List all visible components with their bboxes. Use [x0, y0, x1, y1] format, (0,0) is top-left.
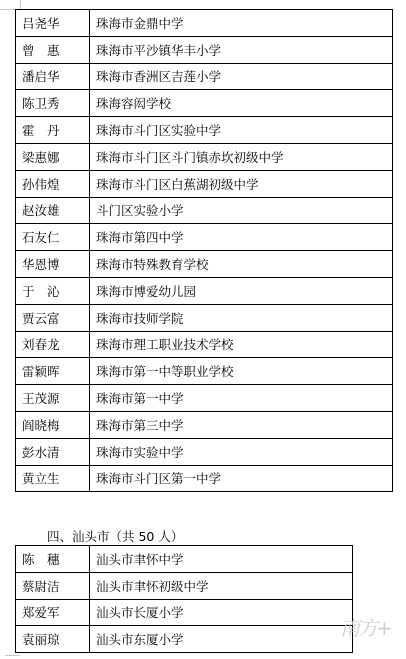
- school-name: 珠海市理工职业技术学校: [90, 331, 393, 358]
- teacher-name: 潘启华: [16, 63, 90, 90]
- school-name: 珠海市金鼎中学: [90, 10, 393, 37]
- table-row: 梁惠娜珠海市斗门区斗门镇赤坎初级中学: [16, 143, 393, 170]
- table-row: 赵汝雄斗门区实验小学: [16, 197, 393, 224]
- school-name: 珠海市斗门区斗门镇赤坎初级中学: [90, 143, 393, 170]
- school-name: 汕头市东厦小学: [90, 626, 353, 653]
- school-name: 珠海市第四中学: [90, 224, 393, 251]
- table-row: 王茂源珠海市第一中学: [16, 385, 393, 412]
- table-row: 华恩博珠海市特殊教育学校: [16, 251, 393, 278]
- school-name: 珠海市香洲区吉莲小学: [90, 63, 393, 90]
- table-row: 吕尧华珠海市金鼎中学: [16, 10, 393, 37]
- table-row: 刘春龙珠海市理工职业技术学校: [16, 331, 393, 358]
- table-row: 于 沁珠海市博爱幼儿园: [16, 277, 393, 304]
- table-row: 雷颖晖珠海市第一中等职业学校: [16, 358, 393, 385]
- table-row: 霍 丹珠海市斗门区实验中学: [16, 117, 393, 144]
- school-name: 珠海市特殊教育学校: [90, 251, 393, 278]
- teacher-name: 吕尧华: [16, 10, 90, 37]
- table-row: 潘启华珠海市香洲区吉莲小学: [16, 63, 393, 90]
- school-name: 珠海市实验中学: [90, 438, 393, 465]
- school-name: 珠海市第三中学: [90, 411, 393, 438]
- table-row: 孙伟煌珠海市斗门区白蕉湖初级中学: [16, 170, 393, 197]
- school-name: 汕头市长厦小学: [90, 599, 353, 626]
- section-heading-shantou: 四、汕头市（共 50 人）: [47, 527, 183, 545]
- teacher-name: 刘春龙: [16, 331, 90, 358]
- teacher-name: 曾 惠: [16, 36, 90, 63]
- teacher-name: 梁惠娜: [16, 143, 90, 170]
- school-name: 珠海市博爱幼儿园: [90, 277, 393, 304]
- teacher-name: 王茂源: [16, 385, 90, 412]
- school-name: 珠海市平沙镇华丰小学: [90, 36, 393, 63]
- teacher-name: 于 沁: [16, 277, 90, 304]
- zhuhai-teacher-table: 吕尧华珠海市金鼎中学 曾 惠珠海市平沙镇华丰小学 潘启华珠海市香洲区吉莲小学 陈…: [15, 9, 393, 492]
- school-name: 珠海市第一中学: [90, 385, 393, 412]
- teacher-name: 陈 穗: [16, 546, 90, 573]
- teacher-name: 贾云富: [16, 304, 90, 331]
- table-row: 曾 惠珠海市平沙镇华丰小学: [16, 36, 393, 63]
- table-row: 黄立生珠海市斗门区第一中学: [16, 465, 393, 492]
- table-row: 蔡尉洁汕头市聿怀初级中学: [16, 572, 353, 599]
- table-row: 陈 穗汕头市聿怀中学: [16, 546, 353, 573]
- table-row: 阎晓梅珠海市第三中学: [16, 411, 393, 438]
- table-row: 彭水清珠海市实验中学: [16, 438, 393, 465]
- school-name: 珠海市第一中等职业学校: [90, 358, 393, 385]
- table-row: 陈卫秀珠海容闳学校: [16, 90, 393, 117]
- school-name: 汕头市聿怀中学: [90, 546, 353, 573]
- table-row: 袁丽琼汕头市东厦小学: [16, 626, 353, 653]
- table-row: 贾云富珠海市技师学院: [16, 304, 393, 331]
- school-name: 珠海市技师学院: [90, 304, 393, 331]
- page-corner-mark-bottom: [5, 655, 20, 656]
- teacher-name: 霍 丹: [16, 117, 90, 144]
- teacher-name: 彭水清: [16, 438, 90, 465]
- teacher-name: 阎晓梅: [16, 411, 90, 438]
- teacher-name: 黄立生: [16, 465, 90, 492]
- teacher-name: 郑爱军: [16, 599, 90, 626]
- teacher-name: 华恩博: [16, 251, 90, 278]
- school-name: 珠海市斗门区白蕉湖初级中学: [90, 170, 393, 197]
- school-name: 珠海容闳学校: [90, 90, 393, 117]
- teacher-name: 赵汝雄: [16, 197, 90, 224]
- teacher-name: 袁丽琼: [16, 626, 90, 653]
- school-name: 珠海市斗门区实验中学: [90, 117, 393, 144]
- teacher-name: 雷颖晖: [16, 358, 90, 385]
- table-row: 石友仁珠海市第四中学: [16, 224, 393, 251]
- teacher-name: 孙伟煌: [16, 170, 90, 197]
- teacher-name: 蔡尉洁: [16, 572, 90, 599]
- school-name: 汕头市聿怀初级中学: [90, 572, 353, 599]
- table-row: 郑爱军汕头市长厦小学: [16, 599, 353, 626]
- watermark-logo: 南方+: [340, 612, 391, 641]
- teacher-name: 石友仁: [16, 224, 90, 251]
- school-name: 斗门区实验小学: [90, 197, 393, 224]
- school-name: 珠海市斗门区第一中学: [90, 465, 393, 492]
- shantou-teacher-table: 陈 穗汕头市聿怀中学 蔡尉洁汕头市聿怀初级中学 郑爱军汕头市长厦小学 袁丽琼汕头…: [15, 545, 353, 653]
- teacher-name: 陈卫秀: [16, 90, 90, 117]
